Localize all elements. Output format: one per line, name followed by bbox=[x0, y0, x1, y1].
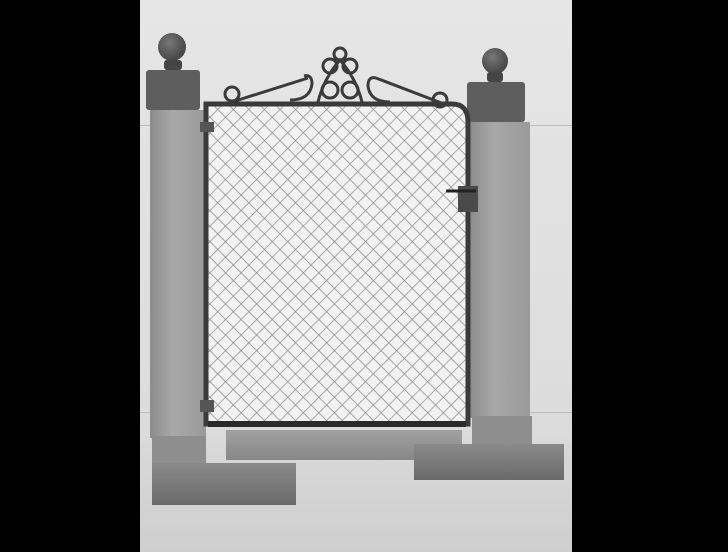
gate bbox=[140, 0, 572, 552]
top-hinge bbox=[200, 122, 214, 132]
decorative-scrollwork bbox=[225, 48, 447, 107]
chain-link-mesh bbox=[208, 104, 466, 424]
bottom-hinge bbox=[200, 400, 214, 412]
photograph bbox=[140, 0, 572, 552]
